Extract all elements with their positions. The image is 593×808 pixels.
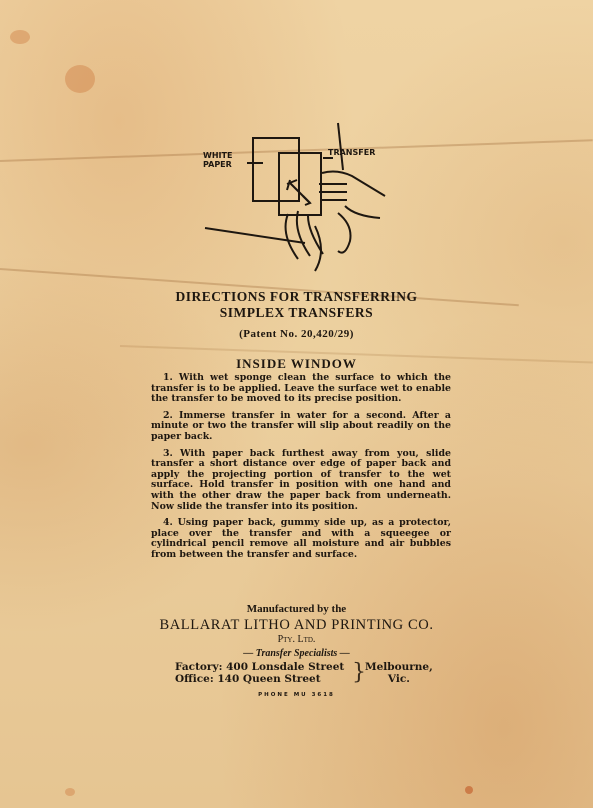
city-name: Melbourne, bbox=[365, 661, 433, 673]
instruction-step: 4. Using paper back, gummy side up, as a… bbox=[151, 518, 451, 560]
hands-applying-transfer-icon: WHITE PAPER TRANSFER bbox=[195, 118, 405, 278]
phone-number: PHONE MU 3618 bbox=[0, 692, 593, 698]
white-paper-label: WHITE bbox=[203, 151, 232, 160]
instruction-step: 3. With paper back furthest away from yo… bbox=[151, 449, 451, 513]
manufacturer-intro: Manufactured by the bbox=[0, 603, 593, 615]
transfer-illustration: WHITE PAPER TRANSFER bbox=[195, 118, 405, 278]
office-address: Office: 140 Queen Street bbox=[175, 673, 344, 685]
company-name: BALLARAT LITHO AND PRINTING CO. bbox=[0, 617, 593, 634]
stain bbox=[10, 30, 30, 44]
company-tagline: — Transfer Specialists — bbox=[0, 648, 593, 659]
section-heading: INSIDE WINDOW bbox=[0, 356, 593, 372]
document-title: DIRECTIONS FOR TRANSFERRING bbox=[0, 289, 593, 305]
city-block: Melbourne, Vic. bbox=[365, 661, 433, 685]
state-name: Vic. bbox=[365, 673, 433, 685]
transfer-label: TRANSFER bbox=[328, 148, 375, 157]
stain bbox=[65, 65, 95, 93]
factory-address: Factory: 400 Lonsdale Street bbox=[175, 661, 344, 673]
stain bbox=[465, 786, 473, 794]
instruction-step: 1. With wet sponge clean the surface to … bbox=[151, 373, 451, 405]
address-block: Factory: 400 Lonsdale Street Office: 140… bbox=[175, 661, 344, 685]
patent-number: (Patent No. 20,420/29) bbox=[0, 328, 593, 340]
company-suffix: Pty. Ltd. bbox=[0, 634, 593, 645]
stain bbox=[65, 788, 75, 796]
white-paper-label-2: PAPER bbox=[203, 160, 232, 169]
document-subtitle: SIMPLEX TRANSFERS bbox=[0, 305, 593, 321]
brace-icon: } bbox=[352, 661, 366, 685]
instructions-list: 1. With wet sponge clean the surface to … bbox=[151, 373, 451, 567]
instruction-step: 2. Immerse transfer in water for a secon… bbox=[151, 411, 451, 443]
